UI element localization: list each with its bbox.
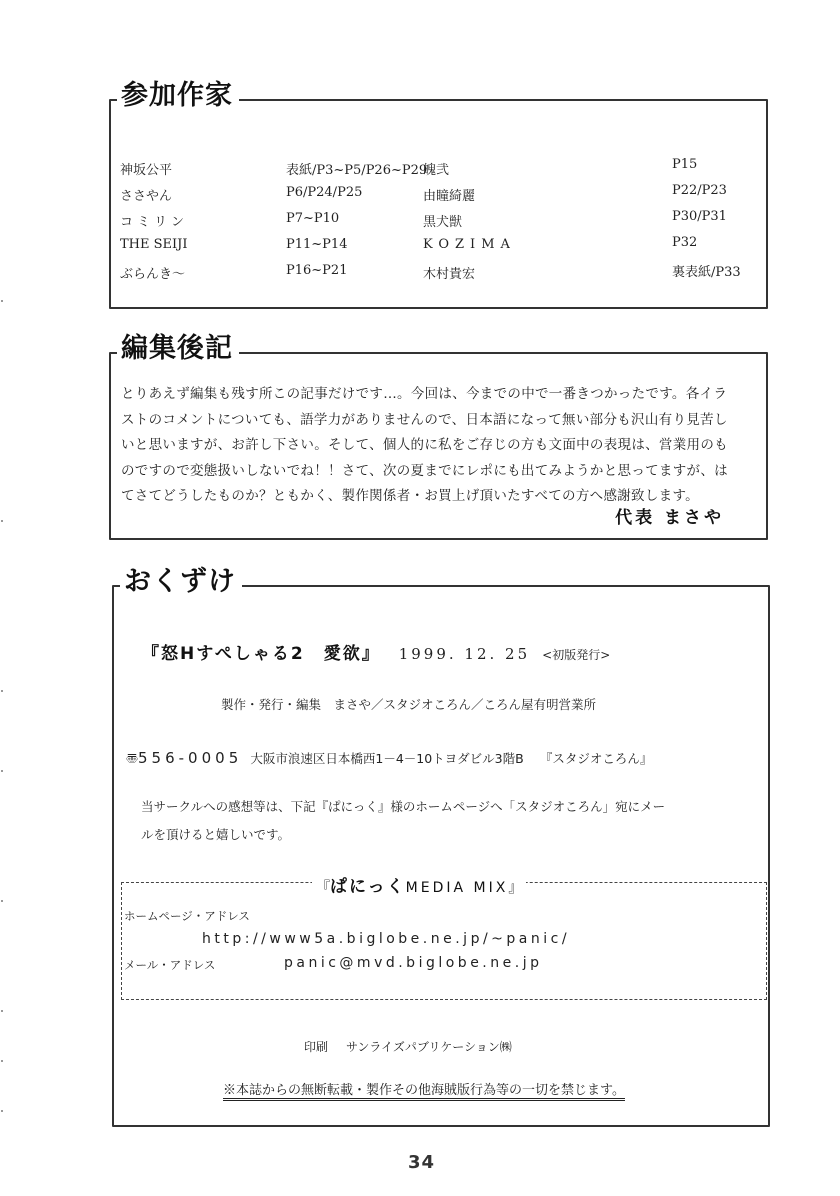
address-line: 〠556-0005 大阪市浪速区日本橋西1－4－10トヨダビル3階B 『スタジオ… bbox=[126, 749, 652, 767]
credit-name: 魄弐 bbox=[423, 159, 449, 178]
credit-name: コミリン bbox=[120, 211, 188, 230]
credit-pages: P32 bbox=[672, 235, 697, 250]
feedback-line: ルを頂けると嬉しいです。 bbox=[141, 825, 290, 843]
credit-pages: 裏表紙/P33 bbox=[672, 261, 741, 280]
bracket-open: 『 bbox=[316, 880, 330, 896]
credit-name: KOZIMA bbox=[423, 237, 516, 252]
mail-address[interactable]: panic@mvd.biglobe.ne.jp bbox=[284, 955, 542, 971]
postal-code: 556-0005 bbox=[138, 749, 242, 767]
editorial-title: 編集後記 bbox=[117, 332, 239, 366]
printer-name: サンライズパブリケーション㈱ bbox=[346, 1038, 512, 1055]
credit-name: 神坂公平 bbox=[120, 159, 172, 178]
street-address: 大阪市浪速区日本橋西1－4－10トヨダビル3階B bbox=[250, 751, 523, 766]
credit-name: ぶらんき～ bbox=[120, 263, 185, 282]
postal-mark-icon: 〠 bbox=[126, 752, 138, 766]
studio-name: 『スタジオころん』 bbox=[540, 751, 653, 766]
homepage-label: ホームページ・アドレス bbox=[124, 908, 250, 924]
homepage-url[interactable]: http://www5a.biglobe.ne.jp/~panic/ bbox=[202, 931, 570, 947]
colophon-title: おくずけ bbox=[120, 565, 242, 599]
media-mix-title: 『ぱにっくMEDIA MIX』 bbox=[312, 872, 526, 897]
printer-label: 印刷 bbox=[304, 1038, 328, 1055]
production-credits: 製作・発行・編集 まさや／スタジオころん／ころん屋有明営業所 bbox=[221, 695, 596, 713]
editorial-line: ストのコメントについても、語学力がありませんので、日本語になって無い部分も沢山有… bbox=[121, 408, 741, 434]
credit-name: 由瞳綺麗 bbox=[423, 185, 475, 204]
editorial-section: 編集後記 とりあえず編集も残す所この記事だけです…。今回は、今までの中で一番きつ… bbox=[109, 352, 768, 540]
credit-name: 黒犬獣 bbox=[423, 211, 462, 230]
media-mix-box: 『ぱにっくMEDIA MIX』 ホームページ・アドレス http://www5a… bbox=[121, 882, 767, 1000]
credit-pages: P30/P31 bbox=[672, 209, 727, 224]
scan-edge-marks bbox=[0, 0, 6, 1196]
page-number: 34 bbox=[408, 1152, 435, 1173]
credit-pages: P22/P23 bbox=[672, 183, 727, 198]
editorial-line: いと思いますが、お許し下さい。そして、個人的に私をご存じの方も文面中の表現は、営… bbox=[121, 433, 741, 459]
credit-pages: P16~P21 bbox=[286, 263, 347, 278]
publication-date: 1999. 12. 25 bbox=[399, 645, 530, 663]
credit-name: 木村貴宏 bbox=[423, 263, 475, 282]
credit-pages: P6/P24/P25 bbox=[286, 185, 362, 200]
credits-title: 参加作家 bbox=[117, 79, 239, 113]
colophon-section: おくずけ 『怒Hすぺしゃる2 愛欲』1999. 12. 25<初版発行> 製作・… bbox=[112, 585, 770, 1127]
credit-pages: P11~P14 bbox=[286, 237, 347, 252]
mail-label: メール・アドレス bbox=[124, 957, 215, 973]
credits-section: 参加作家 神坂公平 表紙/P3~P5/P26~P29 ささやん P6/P24/P… bbox=[109, 99, 768, 309]
media-mix-label: MEDIA MIX bbox=[406, 880, 509, 896]
editor-signature: 代表 まさや bbox=[615, 503, 724, 528]
credit-pages: P15 bbox=[672, 157, 697, 172]
edition-label: <初版発行> bbox=[542, 648, 610, 662]
publication-line: 『怒Hすぺしゃる2 愛欲』1999. 12. 25<初版発行> bbox=[142, 639, 610, 664]
credit-pages: P7~P10 bbox=[286, 211, 339, 226]
panic-logo: ぱにっく bbox=[330, 877, 406, 897]
bracket-close: 』 bbox=[508, 880, 522, 896]
credit-name: THE SEIJI bbox=[120, 237, 188, 252]
editorial-line: のですので変態扱いしないでね！！さて、次の夏までにレポにも出てみようかと思ってま… bbox=[121, 459, 741, 485]
credit-pages: 表紙/P3~P5/P26~P29 bbox=[286, 159, 427, 178]
copyright-notice: ※本誌からの無断転載・製作その他海賊版行為等の一切を禁じます。 bbox=[223, 1079, 625, 1098]
book-title: 『怒Hすぺしゃる2 愛欲』 bbox=[142, 644, 381, 664]
feedback-line: 当サークルへの感想等は、下記『ぱにっく』様のホームページへ「スタジオころん」宛に… bbox=[141, 797, 665, 815]
credit-name: ささやん bbox=[120, 185, 172, 204]
editorial-line: とりあえず編集も残す所この記事だけです…。今回は、今までの中で一番きつかったです… bbox=[121, 382, 741, 408]
editorial-body: とりあえず編集も残す所この記事だけです…。今回は、今までの中で一番きつかったです… bbox=[121, 382, 741, 510]
